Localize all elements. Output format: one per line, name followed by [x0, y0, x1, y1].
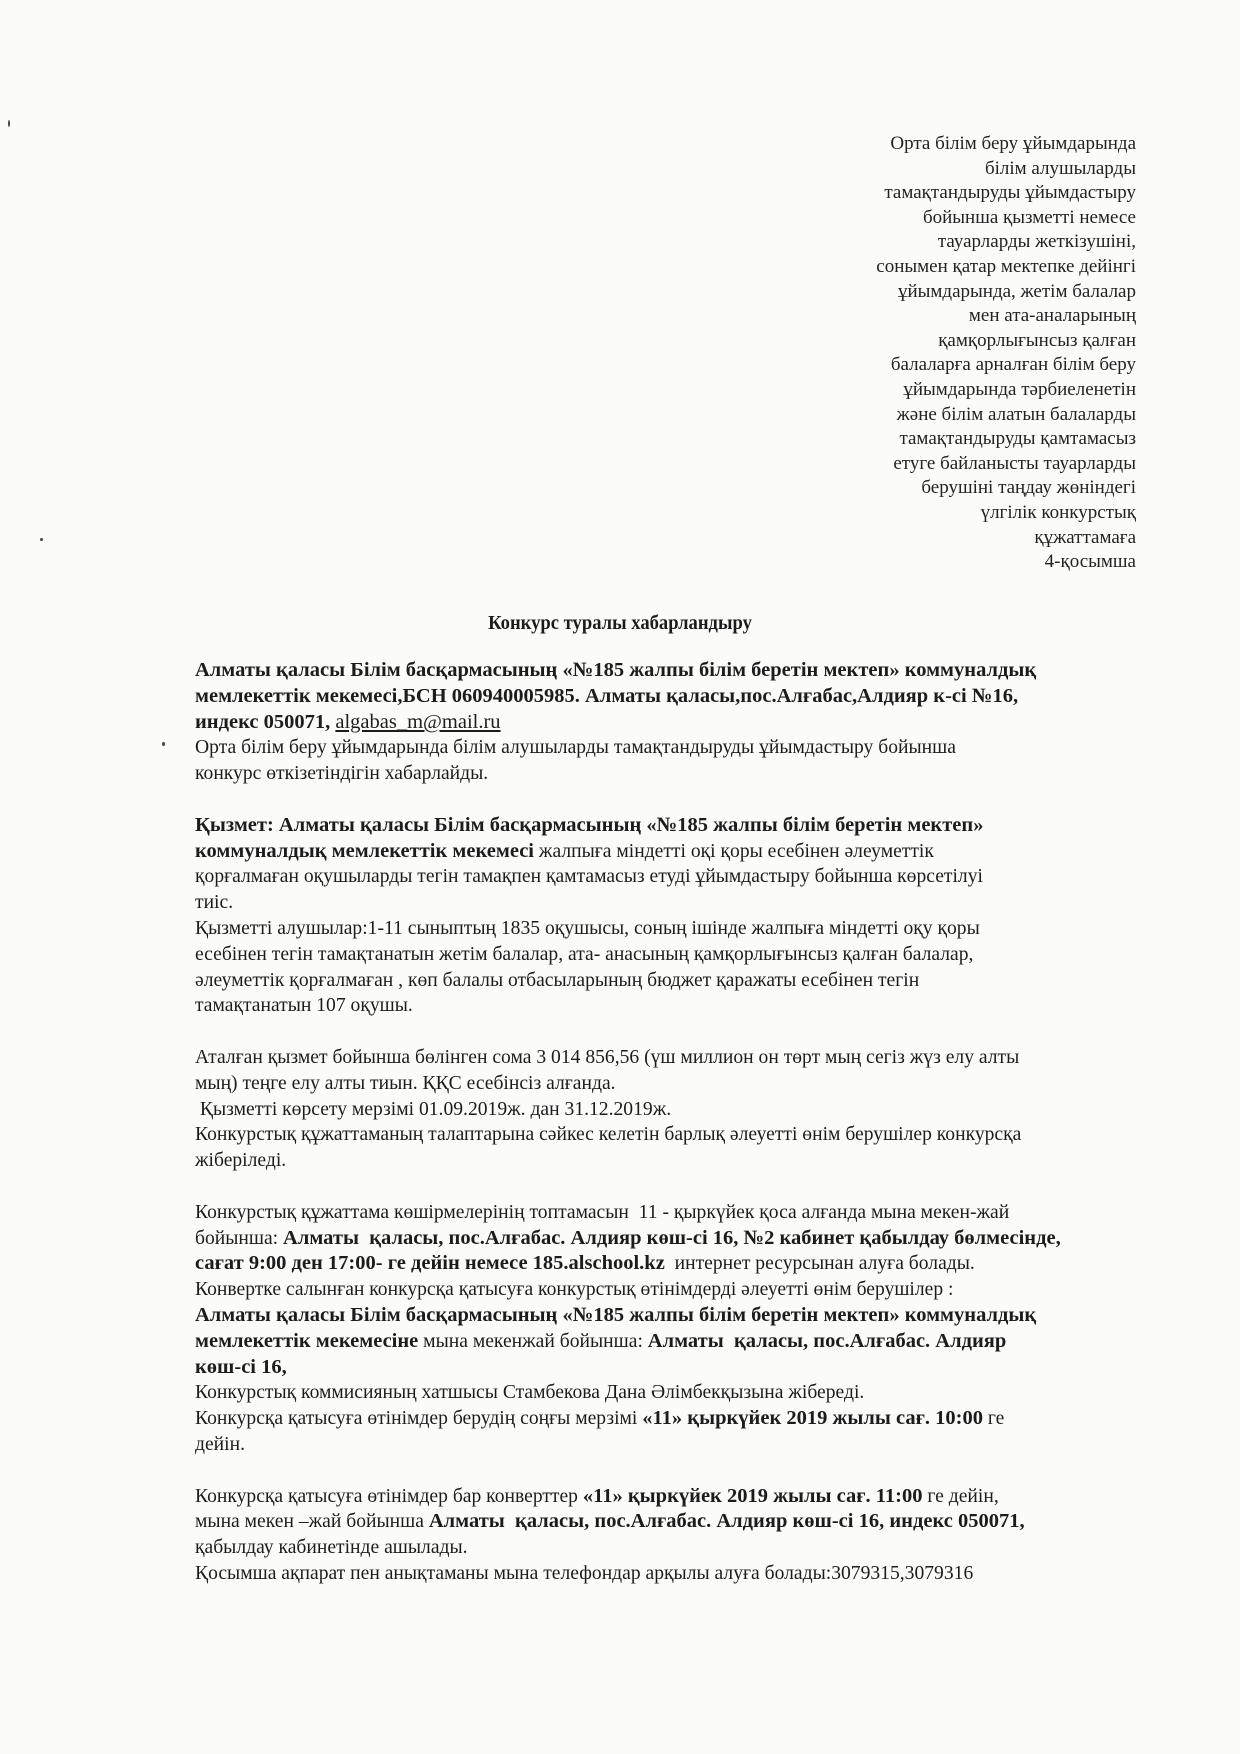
- docs-line: көш-сі 16,: [195, 1355, 1140, 1381]
- recipients-line: әлеуметтік қорғалмаған , көп балалы отба…: [195, 968, 1140, 994]
- deadline-text: Конкурсқа қатысуға өтінімдер берудің соң…: [195, 1408, 642, 1429]
- service-line: тиіс.: [195, 890, 1140, 916]
- header-note-line: тамақтандыруды ұйымдастыру: [876, 181, 1136, 206]
- header-note-line: үлгілік конкурстық: [876, 501, 1136, 526]
- service-line: Қызмет: Алматы қаласы Білім басқармасыны…: [195, 813, 1140, 839]
- header-note-line: мен ата-аналарының: [876, 304, 1136, 329]
- deadline-line: дейін.: [195, 1432, 1140, 1458]
- scan-artifact: [162, 742, 165, 746]
- recipients-line: тамақтанатын 107 оқушы.: [195, 993, 1140, 1019]
- eligibility-line: жіберіледі.: [195, 1148, 1140, 1174]
- document-title: Конкурс туралы хабарландыру: [43, 612, 1196, 635]
- secretary-line: Конкурстық коммисияның хатшысы Стамбеков…: [195, 1380, 1140, 1406]
- docs-address: Алматы қаласы, пос.Алғабас. Алдияр: [648, 1330, 1007, 1352]
- announce-line: Орта білім беру ұйымдарында білім алушыл…: [195, 735, 1140, 761]
- opening-line: мына мекен –жай бойынша Алматы қаласы, п…: [195, 1509, 1140, 1535]
- appendix-header-note: Орта білім беру ұйымдарындабілім алушыла…: [876, 132, 1136, 575]
- header-note-line: білім алушыларды: [876, 157, 1136, 182]
- docs-line: сағат 9:00 ден 17:00- ге дейін немесе 18…: [195, 1251, 1140, 1277]
- organizer-line: Алматы қаласы Білім басқармасының «№185 …: [195, 658, 1140, 684]
- deadline-text: ге: [983, 1408, 1004, 1429]
- header-note-line: етуге байланысты тауарларды: [876, 452, 1136, 477]
- organizer-email-link[interactable]: algabas_m@mail.ru: [335, 711, 500, 733]
- recipients-line: есебінен тегін тамақтанатын жетім балала…: [195, 942, 1140, 968]
- docs-text: мына мекенжай бойынша:: [418, 1331, 648, 1352]
- amount-line: Аталған қызмет бойынша бөлінген сома 3 0…: [195, 1045, 1140, 1071]
- opening-line: қабылдау кабинетінде ашылады.: [195, 1535, 1140, 1561]
- opening-line: Конкурсқа қатысуға өтінімдер бар конверт…: [195, 1484, 1140, 1510]
- contact-phones-line: Қосымша ақпарат пен анықтаманы мына теле…: [195, 1561, 1140, 1587]
- amount-line: мың) теңге елу алты тиын. ҚҚС есебінсіз …: [195, 1071, 1140, 1097]
- header-note-line: ұйымдарында, жетім балалар: [876, 280, 1136, 305]
- scanned-page: Орта білім беру ұйымдарындабілім алушыла…: [0, 0, 1240, 1754]
- docs-text: интернет ресурсынан алуға болады.: [665, 1253, 975, 1274]
- header-note-line: берушіні таңдау жөніндегі: [876, 476, 1136, 501]
- header-note-line: құжаттамаға: [876, 526, 1136, 551]
- announce-line: конкурс өткізетіндігін хабарлайды.: [195, 761, 1140, 787]
- document-body: Алматы қаласы Білім басқармасының «№185 …: [195, 658, 1140, 1587]
- opening-date: «11» қыркүйек 2019 жылы сағ. 11:00: [583, 1485, 923, 1507]
- service-text: жалпыға міндетті оқі қоры есебінен әлеум…: [534, 841, 934, 862]
- recipients-line: Қызметті алушылар:1-11 сыныптың 1835 оқу…: [195, 916, 1140, 942]
- header-note-line: бойынша қызметті немесе: [876, 206, 1136, 231]
- docs-line: мемлекеттік мекемесіне мына мекенжай бой…: [195, 1329, 1140, 1355]
- service-line: қорғалмаған оқушыларды тегін тамақпен қа…: [195, 864, 1140, 890]
- header-note-line: қамқорлығынсыз қалған: [876, 329, 1136, 354]
- header-note-line: тауарларды жеткізушіні,: [876, 230, 1136, 255]
- header-note-line: балаларға арналған білім беру: [876, 353, 1136, 378]
- organizer-line: индекс 050071, algabas_m@mail.ru: [195, 710, 1140, 736]
- opening-text: Конкурсқа қатысуға өтінімдер бар конверт…: [195, 1486, 583, 1507]
- opening-text: мына мекен –жай бойынша: [195, 1511, 429, 1532]
- header-note-line: тамақтандыруды қамтамасыз: [876, 427, 1136, 452]
- organizer-line: мемлекеттік мекемесі,БСН 060940005985. А…: [195, 684, 1140, 710]
- docs-address: Алматы қаласы, пос.Алғабас. Алдияр көш-с…: [283, 1227, 1061, 1249]
- opening-text: ге дейін,: [922, 1486, 998, 1507]
- deadline-date: «11» қыркүйек 2019 жылы сағ. 10:00: [642, 1407, 983, 1429]
- docs-line: Алматы қаласы Білім басқармасының «№185 …: [195, 1303, 1140, 1329]
- scan-artifact: [40, 538, 43, 541]
- header-note-line: және білім алатын балаларды: [876, 403, 1136, 428]
- header-note-line: Орта білім беру ұйымдарында: [876, 132, 1136, 157]
- docs-line: Конкурстық құжаттама көшірмелерінің топт…: [195, 1200, 1140, 1226]
- organizer-index: индекс 050071,: [195, 711, 335, 733]
- docs-line: Конвертке салынған конкурсқа қатысуға ко…: [195, 1277, 1140, 1303]
- docs-line: бойынша: Алматы қаласы, пос.Алғабас. Алд…: [195, 1226, 1140, 1252]
- service-line: коммуналдық мемлекеттік мекемесі жалпыға…: [195, 839, 1140, 865]
- docs-hours-website: сағат 9:00 ден 17:00- ге дейін немесе 18…: [195, 1252, 665, 1274]
- header-note-line: ұйымдарында тәрбиеленетін: [876, 378, 1136, 403]
- eligibility-line: Конкурстық құжаттаманың талаптарына сәйк…: [195, 1122, 1140, 1148]
- header-note-line: сонымен қатар мектепке дейінгі: [876, 255, 1136, 280]
- docs-text: бойынша:: [195, 1228, 283, 1249]
- deadline-line: Конкурсқа қатысуға өтінімдер берудің соң…: [195, 1406, 1140, 1432]
- scan-artifact: [8, 120, 10, 127]
- service-org: коммуналдық мемлекеттік мекемесі: [195, 840, 534, 862]
- docs-org: мемлекеттік мекемесіне: [195, 1330, 418, 1352]
- header-note-line: 4-қосымша: [876, 550, 1136, 575]
- opening-address: Алматы қаласы, пос.Алғабас. Алдияр көш-с…: [429, 1510, 1025, 1532]
- service-period-line: Қызметті көрсету мерзімі 01.09.2019ж. да…: [195, 1097, 1140, 1123]
